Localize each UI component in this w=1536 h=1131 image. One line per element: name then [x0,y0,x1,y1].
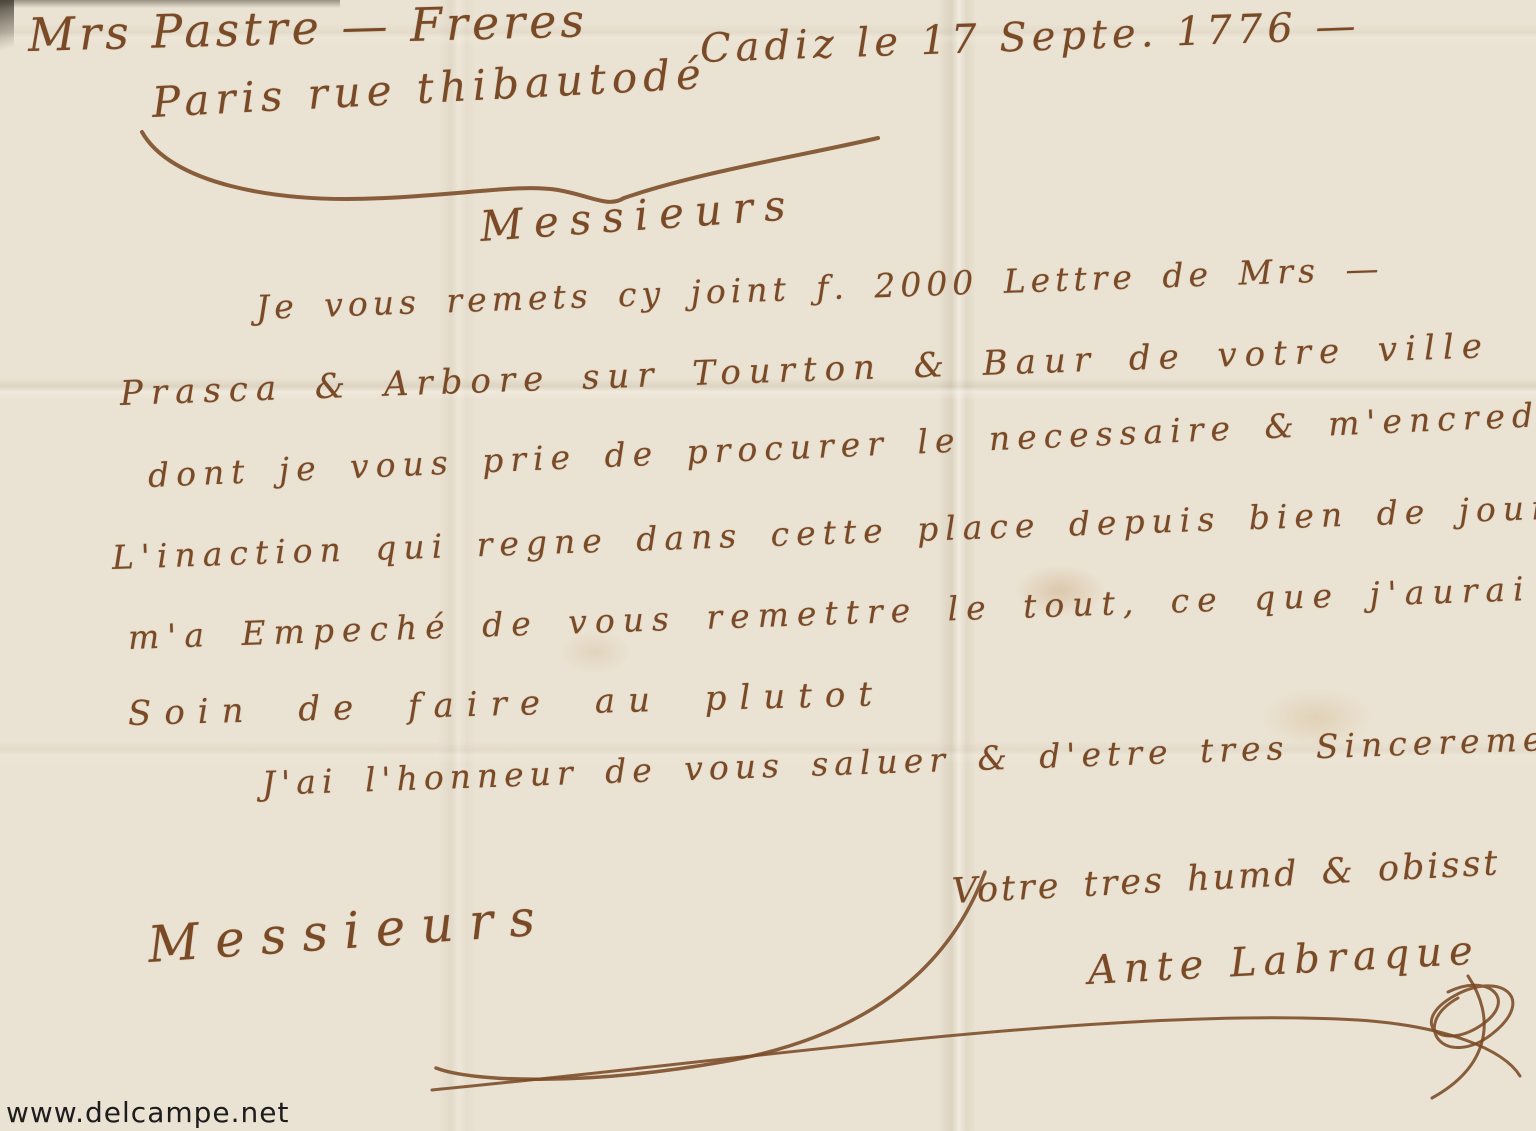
body-line-2: Prasca & Arbore sur Tourton & Baur de vo… [119,326,1490,414]
addressee-name: Mrs Pastre — Freres [27,0,588,62]
body-line-1: Je vous remets cy joint ƒ. 2000 Lettre d… [255,249,1384,327]
body-line-6: Soin de faire au plutot [127,674,885,734]
addressee-address: Paris rue thibautodé [151,49,708,127]
paraph-cross-stroke [1432,976,1484,1098]
closing-formula: Votre tres humd & obisst [951,843,1501,912]
closing-messieurs: Messieurs [146,888,553,974]
signature: Ante Labraque [1087,928,1481,994]
signature-paraph-loops [1431,985,1512,1047]
watermark-text: www.delcampe.net [6,1096,290,1129]
scan-edge-shadow [0,0,14,64]
body-line-5: m'a Empeché de vous remettre le tout, ce… [127,569,1532,657]
handwritten-letter-scan: Mrs Pastre — Freres Paris rue thibautodé… [0,0,1536,1131]
vertical-fold-crease-right [938,0,976,1131]
body-line-4: L'inaction qui regne dans cette place de… [111,487,1536,577]
long-underline-sweep [432,1018,1520,1090]
dateline: Cadiz le 17 Septe. 1776 — [699,3,1361,72]
vertical-fold-crease-left [438,0,476,1131]
body-line-7: J'ai l'honneur de vous saluer & d'etre t… [261,717,1536,803]
body-line-3: dont je vous prie de procurer le necessa… [147,392,1536,495]
salutation: Messieurs [478,180,798,251]
